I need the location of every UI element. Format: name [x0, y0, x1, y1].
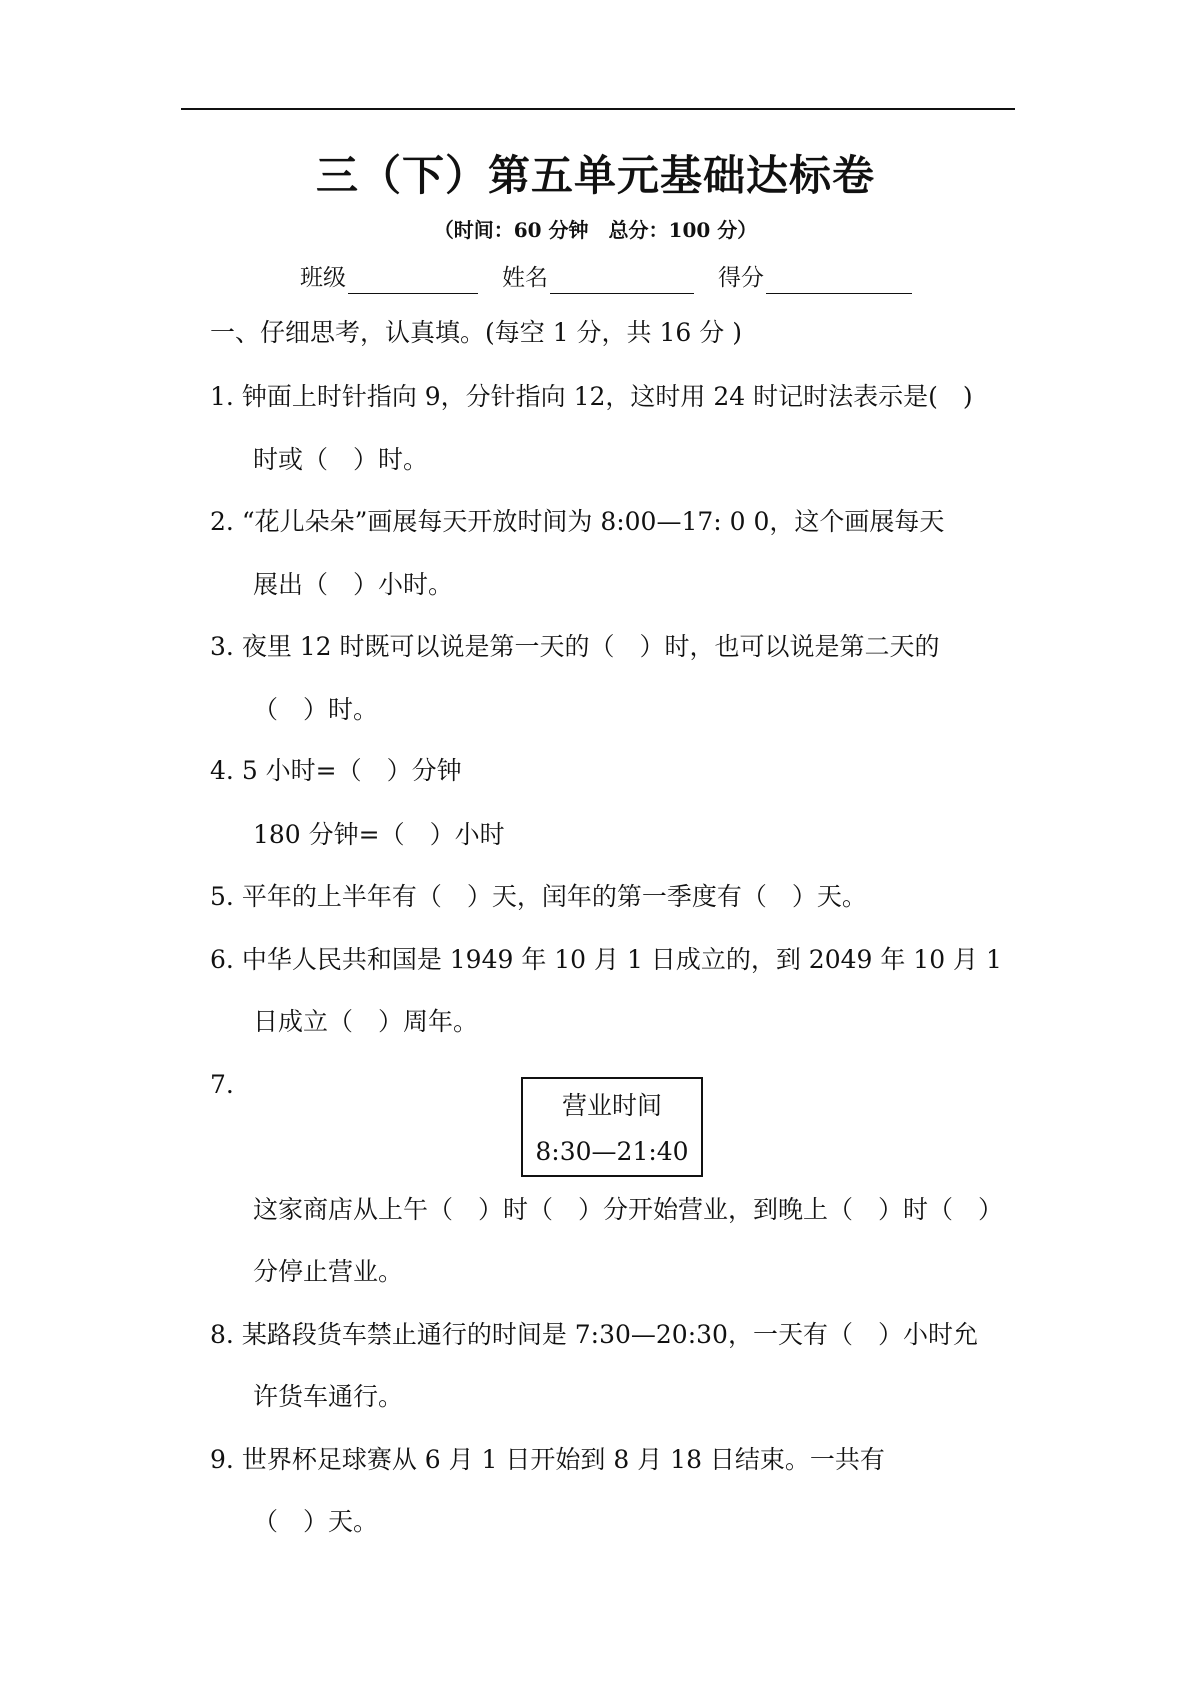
- question-9-cont: （ ）天。: [253, 1505, 378, 1539]
- question-number: 1.: [210, 380, 234, 414]
- header-rule: [181, 108, 1015, 110]
- exam-time-score: （时间：60 分钟 总分：100 分）: [0, 216, 1191, 244]
- exam-page: 三（下）第五单元基础达标卷 （时间：60 分钟 总分：100 分） 班级 姓名 …: [0, 0, 1191, 1684]
- question-text: 世界杯足球赛从 6 月 1 日开始到 8 月 18 日结束。一共有: [242, 1445, 885, 1474]
- question-text: 平年的上半年有（ ）天，闰年的第一季度有（ ）天。: [242, 882, 867, 911]
- class-field: 班级: [300, 262, 478, 294]
- question-4: 4. 5 小时=（ ）分钟: [210, 754, 462, 788]
- question-text: 某路段货车禁止通行的时间是 7:30—20:30，一天有（ ）小时允: [242, 1320, 978, 1349]
- question-7: 7.: [210, 1068, 234, 1102]
- student-info-row: 班级 姓名 得分: [300, 262, 936, 294]
- question-3: 3. 夜里 12 时既可以说是第一天的（ ）时，也可以说是第二天的: [210, 630, 940, 664]
- name-label: 姓名: [502, 262, 548, 294]
- question-number: 5.: [210, 880, 234, 914]
- section-heading: 一、仔细思考，认真填。(每空 1 分，共 16 分 ): [210, 316, 742, 350]
- question-2: 2. “花儿朵朵”画展每天开放时间为 8:00—17: 0 0，这个画展每天: [210, 505, 944, 539]
- class-label: 班级: [300, 262, 346, 294]
- question-number: 8.: [210, 1318, 234, 1352]
- business-hours-time: 8:30—21:40: [523, 1135, 701, 1169]
- question-number: 9.: [210, 1443, 234, 1477]
- score-input-blank[interactable]: [766, 271, 912, 294]
- question-text: “花儿朵朵”画展每天开放时间为 8:00—17: 0 0，这个画展每天: [242, 507, 945, 536]
- question-text: 钟面上时针指向 9，分针指向 12，这时用 24 时记时法表示是( ): [242, 382, 973, 411]
- score-label: 得分: [718, 262, 764, 294]
- question-text: 5 小时=（ ）分钟: [242, 756, 462, 785]
- class-input-blank[interactable]: [348, 271, 478, 294]
- question-2-cont: 展出（ ）小时。: [253, 568, 453, 602]
- question-number: 2.: [210, 505, 234, 539]
- page-title: 三（下）第五单元基础达标卷: [0, 148, 1191, 204]
- name-field: 姓名: [502, 262, 694, 294]
- business-hours-box: 营业时间 8:30—21:40: [521, 1077, 703, 1177]
- question-number: 4.: [210, 754, 234, 788]
- question-number: 3.: [210, 630, 234, 664]
- question-6: 6. 中华人民共和国是 1949 年 10 月 1 日成立的，到 2049 年 …: [210, 943, 1002, 977]
- question-7-cont: 分停止营业。: [253, 1255, 403, 1289]
- question-8: 8. 某路段货车禁止通行的时间是 7:30—20:30，一天有（ ）小时允: [210, 1318, 978, 1352]
- question-8-cont: 许货车通行。: [253, 1380, 403, 1414]
- score-field: 得分: [718, 262, 912, 294]
- question-number: 6.: [210, 943, 234, 977]
- question-text: 夜里 12 时既可以说是第一天的（ ）时，也可以说是第二天的: [242, 632, 940, 661]
- question-6-cont: 日成立（ ）周年。: [253, 1005, 478, 1039]
- question-3-cont: （ ）时。: [253, 693, 378, 727]
- name-input-blank[interactable]: [550, 271, 694, 294]
- question-1: 1. 钟面上时针指向 9，分针指向 12，这时用 24 时记时法表示是( ): [210, 380, 973, 414]
- question-number: 7.: [210, 1068, 234, 1102]
- question-7-text: 这家商店从上午（ ）时（ ）分开始营业，到晚上（ ）时（ ）: [253, 1193, 1003, 1227]
- question-4-cont: 180 分钟=（ ）小时: [253, 818, 505, 852]
- question-9: 9. 世界杯足球赛从 6 月 1 日开始到 8 月 18 日结束。一共有: [210, 1443, 885, 1477]
- question-5: 5. 平年的上半年有（ ）天，闰年的第一季度有（ ）天。: [210, 880, 867, 914]
- question-1-cont: 时或（ ）时。: [253, 443, 428, 477]
- business-hours-title: 营业时间: [523, 1089, 701, 1123]
- question-text: 中华人民共和国是 1949 年 10 月 1 日成立的，到 2049 年 10 …: [242, 945, 1002, 974]
